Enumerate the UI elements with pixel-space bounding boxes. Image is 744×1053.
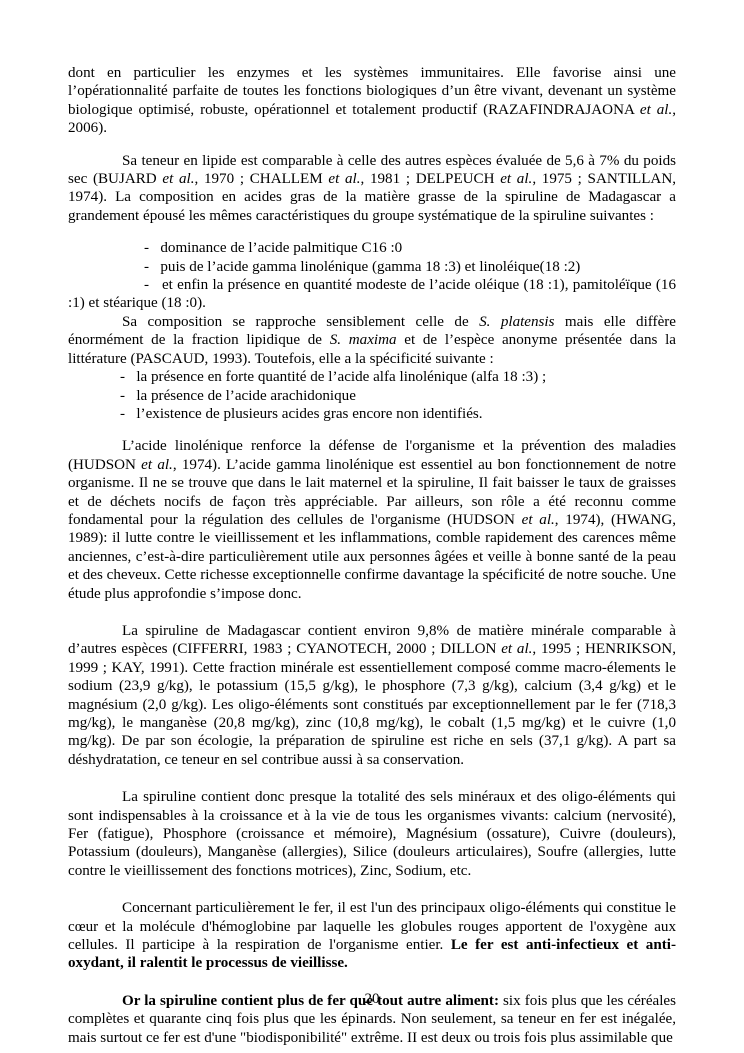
text-run: - et enfin la présence en quantité modes… (68, 277, 676, 311)
paragraph-matiere-minerale: La spiruline de Madagascar contient envi… (68, 622, 676, 769)
text-run: - dominance de l’acide palmitique C16 :0 (144, 240, 402, 256)
text-run: - la présence en forte quantité de l’aci… (120, 369, 546, 385)
italic-text-run: S. maxima (330, 332, 397, 348)
text-run: - puis de l’acide gamma linolénique (gam… (144, 259, 580, 275)
list1-item-gamma-linolenique: - puis de l’acide gamma linolénique (gam… (68, 258, 676, 276)
page-number: 20 (0, 990, 744, 1008)
paragraph-fer-hemoglobine: Concernant particulièrement le fer, il e… (68, 899, 676, 973)
italic-text-run: et al. (162, 171, 194, 187)
text-run: Sa composition se rapproche sensiblement… (122, 314, 479, 330)
text-run: , 1995 ; HENRIKSON, 1999 ; KAY, 1991). C… (68, 641, 676, 767)
italic-text-run: et al. (500, 171, 532, 187)
text-run: dont en particulier les enzymes et les s… (68, 65, 676, 118)
italic-text-run: et al. (501, 641, 532, 657)
paragraph-immune-enzymes: dont en particulier les enzymes et les s… (68, 64, 676, 138)
italic-text-run: et al. (141, 457, 173, 473)
list2-item-non-identifies: - l’existence de plusieurs acides gras e… (68, 405, 676, 423)
text-run: - la présence de l’acide arachidonique (120, 388, 356, 404)
text-run: - l’existence de plusieurs acides gras e… (120, 406, 483, 422)
page-body: dont en particulier les enzymes et les s… (68, 64, 676, 1047)
text-run: , 1970 ; CHALLEM (195, 171, 329, 187)
paragraph-composition: Sa composition se rapproche sensiblement… (68, 313, 676, 368)
paragraph-sels-mineraux: La spiruline contient donc presque la to… (68, 788, 676, 880)
paragraph-lipid-content: Sa teneur en lipide est comparable à cel… (68, 152, 676, 226)
list1-item-palmitique: - dominance de l’acide palmitique C16 :0 (68, 239, 676, 257)
document-page: dont en particulier les enzymes et les s… (0, 0, 744, 1053)
paragraph-acide-linolenique: L’acide linolénique renforce la défense … (68, 437, 676, 603)
italic-text-run: et al. (522, 512, 555, 528)
list1-item-oleique: - et enfin la présence en quantité modes… (68, 276, 676, 313)
text-run: , 1981 ; DELPEUCH (360, 171, 500, 187)
italic-text-run: S. platensis (479, 314, 554, 330)
italic-text-run: et al. (640, 102, 672, 118)
list2-item-alfa-linolenique: - la présence en forte quantité de l’aci… (68, 368, 676, 386)
list2-item-arachidonique: - la présence de l’acide arachidonique (68, 387, 676, 405)
text-run: La spiruline contient donc presque la to… (68, 789, 676, 879)
italic-text-run: et al. (328, 171, 360, 187)
